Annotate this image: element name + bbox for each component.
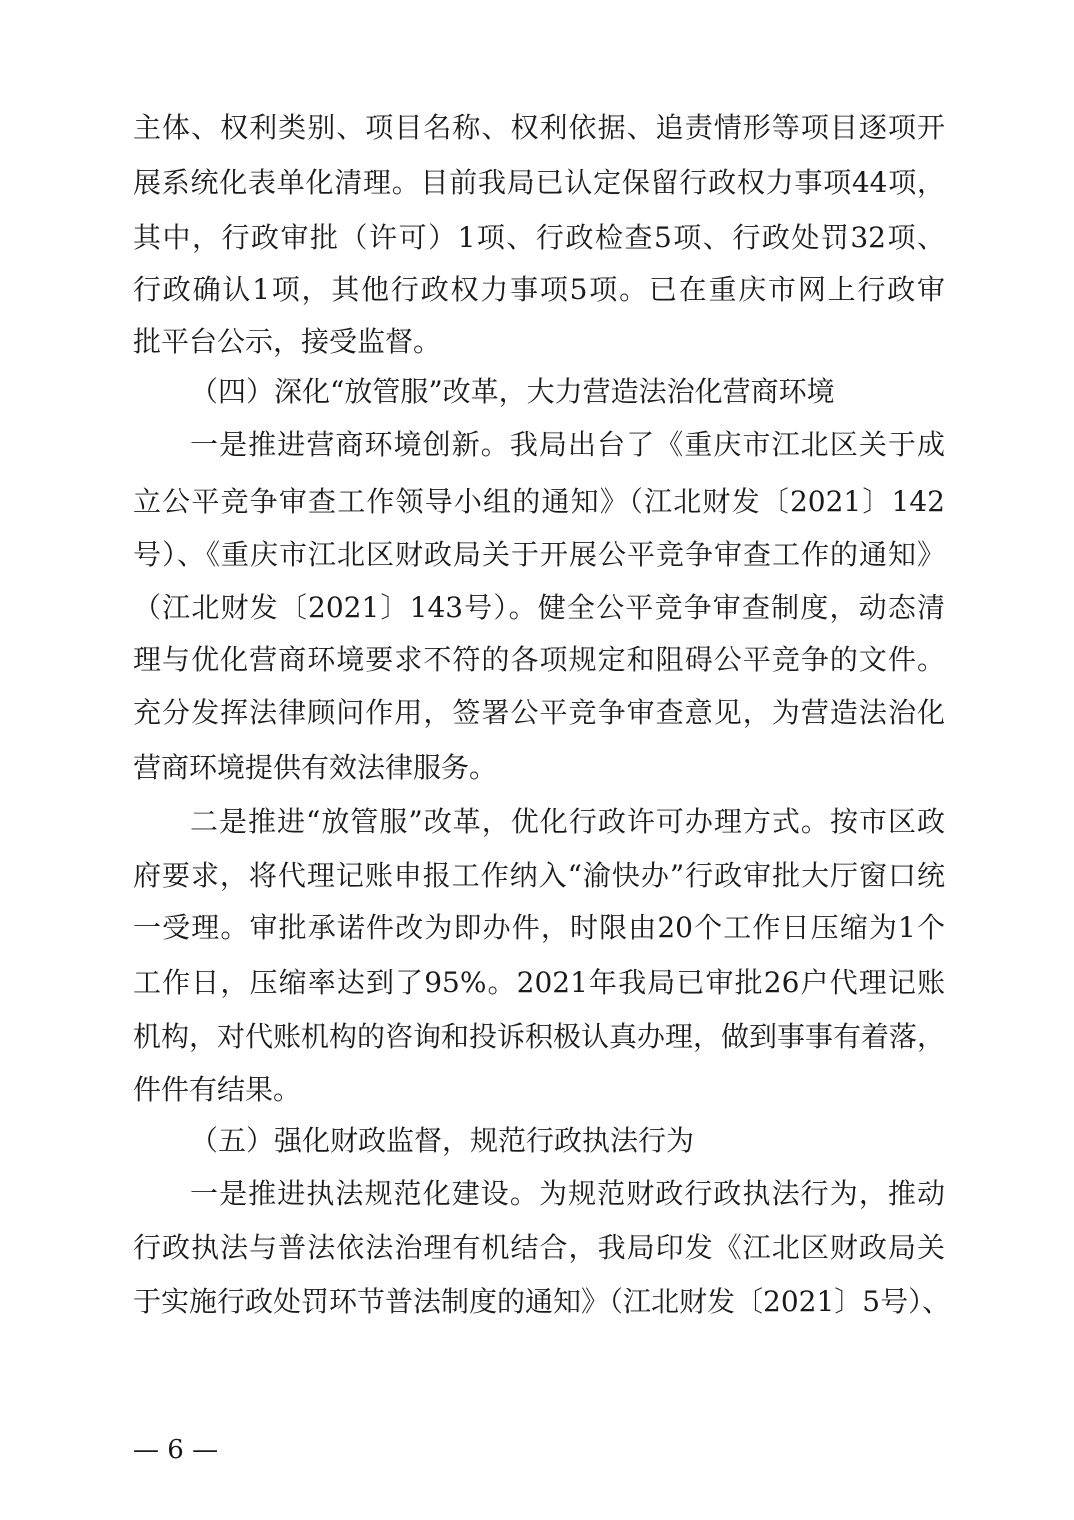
paragraph-line: 府要求，将代理记账申报工作纳入“渝快办”行政审批大厅窗口统 <box>133 856 945 896</box>
paragraph-line: 展系统化表单化清理。目前我局已认定保留行政权力事项44项， <box>133 163 945 203</box>
paragraph-line: 一是推进营商环境创新。我局出台了《重庆市江北区关于成 <box>190 425 945 465</box>
paragraph-line: 其中，行政审批（许可）1项、行政检查5项、行政处罚32项、 <box>133 218 945 258</box>
paragraph-line: 立公平竞争审查工作领导小组的通知》（江北财发〔2021〕142 <box>133 482 945 522</box>
paragraph-line: 行政确认1项，其他行政权力事项5项。已在重庆市网上行政审 <box>133 270 945 310</box>
paragraph-line: 理与优化营商环境要求不符的各项规定和阻碍公平竞争的文件。 <box>133 640 945 680</box>
paragraph-line: 营商环境提供有效法律服务。 <box>133 748 945 788</box>
paragraph-line: 批平台公示，接受监督。 <box>133 322 945 362</box>
paragraph-line: 充分发挥法律顾问作用，签署公平竞争审查意见，为营造法治化 <box>133 693 945 733</box>
paragraph-line: 主体、权利类别、项目名称、权利依据、追责情形等项目逐项开 <box>133 108 945 148</box>
section-heading-5: （五）强化财政监督，规范行政执法行为 <box>190 1121 890 1161</box>
document-page: 主体、权利类别、项目名称、权利依据、追责情形等项目逐项开 展系统化表单化清理。目… <box>0 0 1074 1520</box>
paragraph-line: 一受理。审批承诺件改为即办件，时限由20个工作日压缩为1个 <box>133 908 945 948</box>
paragraph-line: 号）、《重庆市江北区财政局关于开展公平竞争审查工作的通知》 <box>133 535 945 575</box>
paragraph-line: 机构，对代账机构的咨询和投诉积极认真办理，做到事事有着落， <box>133 1017 945 1057</box>
paragraph-line: 一是推进执法规范化建设。为规范财政行政执法行为，推动 <box>190 1174 945 1214</box>
paragraph-line: 二是推进“放管服”改革，优化行政许可办理方式。按市区政 <box>190 802 945 842</box>
paragraph-line: 工作日，压缩率达到了95%。2021年我局已审批26户代理记账 <box>133 963 945 1003</box>
paragraph-line: 于实施行政处罚环节普法制度的通知》（江北财发〔2021〕5号）、 <box>133 1282 945 1322</box>
page-number: — 6 — <box>133 1432 218 1468</box>
paragraph-line: 行政执法与普法依法治理有机结合，我局印发《江北区财政局关 <box>133 1228 945 1268</box>
section-heading-4: （四）深化“放管服”改革，大力营造法治化营商环境 <box>190 372 890 412</box>
paragraph-line: （江北财发〔2021〕143号）。健全公平竞争审查制度，动态清 <box>133 588 945 628</box>
paragraph-line: 件件有结果。 <box>133 1070 945 1110</box>
